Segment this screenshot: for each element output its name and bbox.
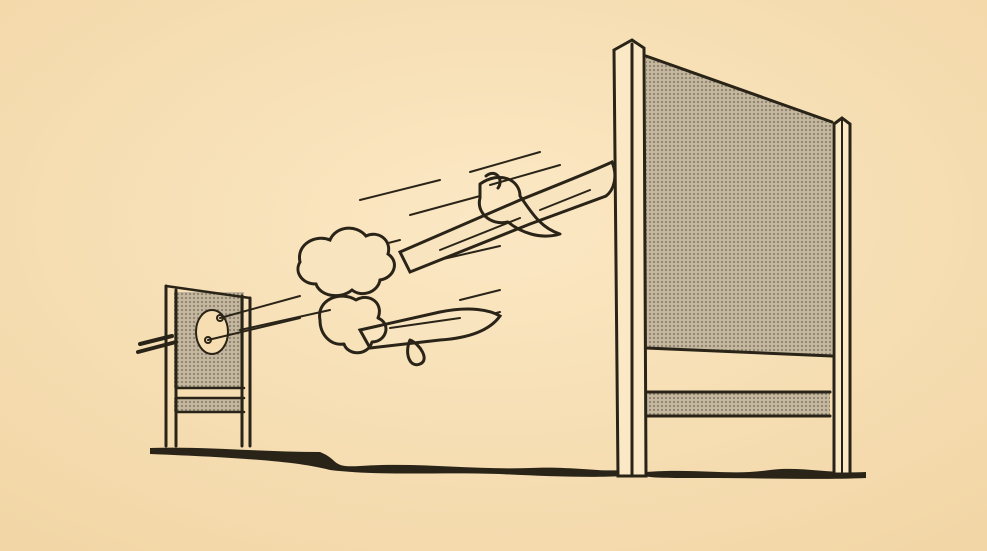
cartoon-scene: [0, 0, 987, 551]
